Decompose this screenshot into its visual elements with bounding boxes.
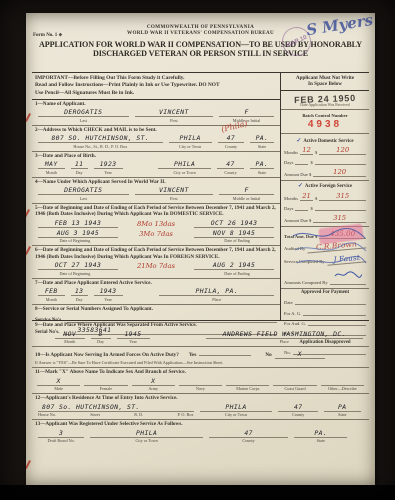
applicant-sections-column: IMPORTANT—Before Filling Out This Form S… xyxy=(32,73,281,320)
foreign-service-title: ✓ Active Foreign Service xyxy=(281,180,369,190)
section-10-active-duty: 10—Is Applicant Now Serving In Armed For… xyxy=(32,346,369,367)
branch-coast-guard-label: Coast Guard xyxy=(273,386,316,391)
sublabel-date-beginning: Date of Beginning xyxy=(35,238,115,243)
sublabel-county: County xyxy=(218,144,244,149)
sublabel-state: State xyxy=(250,144,274,149)
round-stamp-text: MAR 10 xyxy=(285,34,308,48)
sublabel-month: Month xyxy=(55,339,85,344)
approved-date-value xyxy=(295,298,366,306)
birth-county-value: 47 xyxy=(217,160,244,169)
branch-male-label: Male xyxy=(37,386,80,391)
section-1-label: 1—Name of Applicant. xyxy=(35,101,277,108)
mark-female xyxy=(84,377,127,386)
section-7-entered-service: 7—Date and Place Applicant Entered Activ… xyxy=(32,278,280,304)
mark-army: X xyxy=(132,377,175,386)
sublabel-last: Last xyxy=(38,118,129,123)
form-title: APPLICATION FOR WORLD WAR II COMPENSATIO… xyxy=(32,40,369,59)
name-first-value: VINCENT xyxy=(135,108,214,117)
section-13-label: 13—Applicant Was Registered Under Select… xyxy=(35,421,366,428)
scan-black-band xyxy=(0,485,395,500)
section-7-label: 7—Date and Place Applicant Entered Activ… xyxy=(35,280,277,287)
amount-due-label: Amount Due $ xyxy=(284,218,311,223)
sublabel-street: House No., St., R. D., P. O. Box xyxy=(38,144,163,149)
mail-county-value: 47 xyxy=(218,134,244,143)
birth-year-value: 1923 xyxy=(94,160,123,169)
dollar-sign: $ xyxy=(315,196,317,201)
sublabel-date-beginning: Date of Beginning xyxy=(35,271,115,276)
domestic-amount-value: 120 xyxy=(313,168,366,177)
section-5-label: 5—Date of Beginning and Date of Ending o… xyxy=(35,205,277,218)
sep-year-value: 1945 xyxy=(117,330,150,339)
audited-by-label: Audited By xyxy=(284,246,305,251)
mark-navy xyxy=(179,377,222,386)
name-last-value: DEROGATIS xyxy=(38,108,129,117)
foreign-rate-value: 315 xyxy=(319,192,366,201)
foreign-days-value xyxy=(295,203,308,211)
residence-address-value: 807 So. HUTCHINSON, ST. xyxy=(38,403,194,412)
sublabel-place: Place xyxy=(206,339,363,344)
form-number-label: Form No. 1 xyxy=(33,33,57,38)
form-header: Form No. 1 ⬥ COMMONWEALTH OF PENNSYLVANI… xyxy=(32,24,369,70)
form-body-columns: IMPORTANT—Before Filling Out This Form S… xyxy=(32,72,369,320)
notice-line2: In Space Below xyxy=(308,81,342,87)
section-11-sex-branch: 11—Mark "X" Above Name To Indicate Sex A… xyxy=(32,367,369,393)
sublabel-date-ending: Date of Ending xyxy=(197,238,277,243)
sublabel-month: Month xyxy=(38,297,65,302)
service-computed-label: Service Computed By xyxy=(284,259,325,264)
svc-name-last-value: DEROGATIS xyxy=(38,186,129,195)
do-not-write-notice: Applicant Must Not Write In Space Below xyxy=(281,73,369,91)
domestic-begin-1: FEB 13 1943 xyxy=(38,219,118,228)
domestic-end-2: NOV 8 1945 xyxy=(194,229,274,238)
sublabel-first: First xyxy=(135,196,214,201)
date-label: Date xyxy=(284,300,293,305)
svc-name-middle-value: F xyxy=(219,186,274,195)
sublabel-state: State xyxy=(250,170,274,175)
section-5-domestic-service: 5—Date of Beginning and Date of Ending o… xyxy=(32,203,280,246)
sublabel-day: Day xyxy=(91,339,111,344)
important-line3: Use Pencil—All Signatures Must Be in Ink… xyxy=(35,90,277,97)
sublabel-city: City or Town xyxy=(169,144,212,149)
days-label: Days xyxy=(284,206,293,211)
dollar-sign: $ xyxy=(310,206,312,211)
birth-state-value: PA. xyxy=(250,160,274,169)
mail-state-value: PA. xyxy=(250,134,274,143)
foreign-begin-1: OCT 27 1943 xyxy=(38,261,118,270)
section-6-label: 6—Date of Beginning and Date of Ending o… xyxy=(35,247,277,260)
sublabel-year: Year xyxy=(94,170,123,175)
foreign-amount-value: 315 xyxy=(313,214,366,223)
form-title-line2: DISCHARGED VETERAN OR PERSON STILL IN SE… xyxy=(93,49,308,58)
entered-place-value: PHILA, PA. xyxy=(159,287,274,296)
date-received-box: FEB 24 1950 Date Application Was Receive… xyxy=(281,91,369,110)
domestic-duration-2: 3Mo 7das xyxy=(121,230,191,238)
sublabel-county: County xyxy=(209,438,288,443)
sublabel-city: City or Town xyxy=(158,170,211,175)
sublabel-draft-board: Draft Board No. xyxy=(38,438,84,443)
section-11-label: 11—Mark "X" Above Name To Indicate Sex A… xyxy=(35,369,366,376)
sublabel-state: State xyxy=(294,438,347,443)
important-line2: Read and Follow Instructions—Print Plain… xyxy=(35,82,277,89)
birth-month-value: MAY xyxy=(38,160,65,169)
sublabel-month: Month xyxy=(38,170,65,175)
section-8-label: 8—Service or Serial Numbers Assigned To … xyxy=(35,306,277,313)
section-4-label: 4—Name Under Which Applicant Served In W… xyxy=(35,179,277,186)
sublabel-date-ending: Date of Ending xyxy=(197,271,277,276)
section-3-label: 3—Date and Place of Birth. xyxy=(35,153,277,160)
amount-due-label: Amount Due $ xyxy=(284,172,311,177)
branch-marine-label: Marine Corps xyxy=(226,386,269,391)
branch-female-label: Female xyxy=(84,386,127,391)
entered-day-value: 13 xyxy=(71,287,88,296)
sublabel-last: Last xyxy=(38,196,129,201)
sep-day-value: 8 xyxy=(91,330,111,339)
residence-state-value: PA xyxy=(324,403,360,412)
lower-sections: 9—Date and Place Where Applicant Was Sep… xyxy=(32,320,369,445)
branch-navy-label: Navy xyxy=(179,386,222,391)
blue-checkmark-icon: ✓ xyxy=(296,138,301,144)
sublabel-city: City or Town xyxy=(90,438,203,443)
sublabel-house-no: House No. xyxy=(38,412,56,417)
batch-number-stamp: 4938 xyxy=(283,119,367,130)
total-due-label: Total Amt. Due $ xyxy=(284,234,317,239)
dollar-sign: $ xyxy=(310,160,312,165)
domestic-begin-2: AUG 3 1945 xyxy=(38,229,118,238)
mark-male: X xyxy=(37,377,80,386)
domestic-title-text: Active Domestic Service xyxy=(303,139,353,144)
domestic-days-value xyxy=(295,158,308,166)
sublabel-county: County xyxy=(278,412,318,417)
entered-year-value: 1943 xyxy=(94,287,123,296)
section-3-birth: 3—Date and Place of Birth. MAYMonth 11Da… xyxy=(32,151,280,177)
sublabel-day: Day xyxy=(71,297,88,302)
domestic-service-title: ✓ Active Domestic Service xyxy=(281,137,369,144)
months-label: Months xyxy=(284,150,298,155)
domestic-duration-1: 8Mo 13das xyxy=(121,220,191,228)
sublabel-po-box: P. O. Box xyxy=(177,412,193,417)
sublabel-year: Year xyxy=(94,297,123,302)
foreign-days-amt xyxy=(315,203,366,211)
months-label: Months xyxy=(284,196,298,201)
sublabel-street: Street xyxy=(90,412,100,417)
yes-answer-value xyxy=(199,348,251,356)
batch-label: Batch Control Number xyxy=(283,113,367,118)
mark-marine-corps xyxy=(226,377,269,386)
sublabel-city: City or Town xyxy=(200,412,273,417)
section-4-service-name: 4—Name Under Which Applicant Served In W… xyxy=(32,177,280,203)
draft-county-value: 47 xyxy=(209,429,288,438)
svc-name-first-value: VINCENT xyxy=(135,186,214,195)
sublabel-rd: R. D. xyxy=(134,412,143,417)
entered-month-value: FEB xyxy=(38,287,65,296)
sep-month-value: NOV xyxy=(55,330,85,339)
for-ag-label: For A. G. xyxy=(284,311,301,316)
form-ornament-icon: ⬥ xyxy=(59,33,63,38)
official-use-column: Applicant Must Not Write In Space Below … xyxy=(281,73,369,320)
signature-scribble xyxy=(333,270,363,279)
mark-coast-guard xyxy=(273,377,316,386)
days-label: Days xyxy=(284,160,293,165)
sublabel-county: County xyxy=(217,170,244,175)
birth-city-value: PHILA xyxy=(158,160,211,169)
amounts-computed-label: Amounts Computed By xyxy=(284,280,328,285)
red-checkmark xyxy=(26,209,30,218)
sublabel-place: Place xyxy=(159,297,274,302)
dollar-sign: $ xyxy=(315,150,317,155)
application-form-page: Form No. 1 ⬥ COMMONWEALTH OF PENNSYLVANI… xyxy=(26,13,375,485)
mail-street-value: 807 SO. HUTCHINSON, ST. xyxy=(38,134,163,143)
service-computed-signature: J Faust xyxy=(326,252,366,265)
form-title-line1: APPLICATION FOR WORLD WAR II COMPENSATIO… xyxy=(39,40,362,49)
approved-for-payment-header: Approved For Payment xyxy=(281,288,369,296)
mail-city-value: PHILA xyxy=(169,134,212,143)
domestic-days-amt xyxy=(315,158,366,166)
section-2-mailing-address: 2—Address to Which CHECK and MAIL is to … xyxy=(32,125,280,151)
no-answer-value: X xyxy=(275,350,325,359)
section-10-label: 10—Is Applicant Now Serving In Armed For… xyxy=(35,352,179,359)
important-line1: IMPORTANT—Before Filling Out This Form S… xyxy=(35,75,277,82)
sublabel-state: State xyxy=(324,412,360,417)
sublabel-day: Day xyxy=(71,170,88,175)
notice-line1: Applicant Must Not Write xyxy=(296,75,354,81)
mark-other xyxy=(321,377,364,386)
form-number: Form No. 1 ⬥ xyxy=(33,32,62,38)
draft-board-value: 3 xyxy=(38,429,84,438)
draft-state-value: PA. xyxy=(294,429,347,438)
section-9-separation: 9—Date and Place Where Applicant Was Sep… xyxy=(32,321,369,346)
branch-army-label: Army xyxy=(132,386,175,391)
foreign-duration-1: 21Mo 7das xyxy=(121,262,191,270)
birth-day-value: 11 xyxy=(71,160,88,169)
batch-control-box: Batch Control Number 4938 xyxy=(281,110,369,135)
amounts-computed-signature xyxy=(330,266,366,285)
foreign-end-1: AUG 2 1945 xyxy=(194,261,274,270)
domestic-months-value: 12 xyxy=(300,146,313,155)
blue-checkmark-icon: ✓ xyxy=(298,183,303,189)
section-12-residence: 12—Applicant's Residence At Time of Entr… xyxy=(32,393,369,419)
sep-place-value: ANDREWS FIELD WASHINGTON, DC. xyxy=(206,330,363,339)
draft-city-value: PHILA xyxy=(90,429,203,438)
domestic-rate-value: 120 xyxy=(319,146,366,155)
residence-city-value: PHILA xyxy=(200,403,273,412)
domestic-end-1: OCT 26 1943 xyxy=(194,219,274,228)
foreign-months-value: 21 xyxy=(300,192,313,201)
important-instructions: IMPORTANT—Before Filling Out This Form S… xyxy=(32,73,280,100)
section-12-label: 12—Applicant's Residence At Time of Entr… xyxy=(35,395,366,402)
section-13-selective-service: 13—Applicant Was Registered Under Select… xyxy=(32,419,369,445)
sublabel-first: First xyxy=(135,118,214,123)
foreign-title-text: Active Foreign Service xyxy=(305,184,352,189)
red-checkmark xyxy=(26,460,31,469)
sublabel-year: Year xyxy=(117,339,150,344)
section-10-note: If Answer is "YES"—Be Sure To Have Certi… xyxy=(35,360,366,365)
section-6-foreign-service: 6—Date of Beginning and Date of Ending o… xyxy=(32,245,280,278)
no-answer-label: No xyxy=(265,352,271,358)
yes-label: Yes xyxy=(189,352,197,358)
red-checkmark xyxy=(26,246,31,255)
residence-county-value: 47 xyxy=(278,403,318,412)
sublabel-middle: Middle or Initial xyxy=(219,196,274,201)
branch-other-label: Other—Describe xyxy=(321,386,364,391)
red-checkmark xyxy=(26,113,31,122)
section-9-label: 9—Date and Place Where Applicant Was Sep… xyxy=(35,322,366,329)
for-ag-signature xyxy=(303,308,366,316)
name-middle-value: F xyxy=(219,108,274,117)
